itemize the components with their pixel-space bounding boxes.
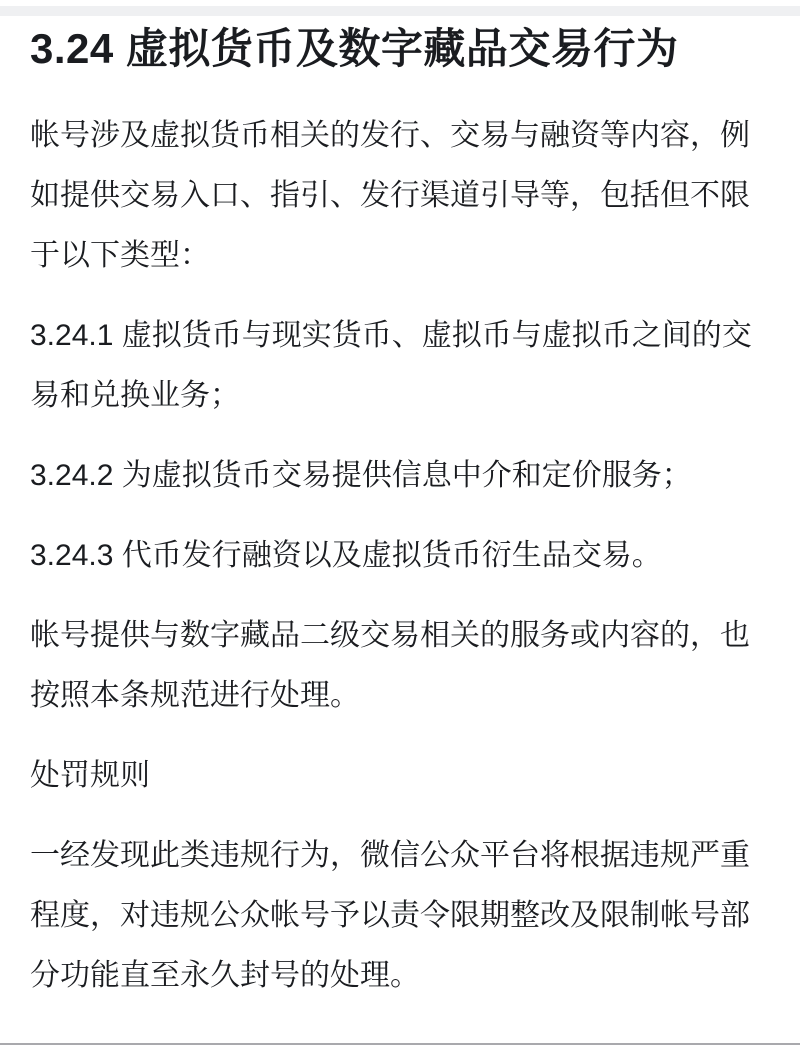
- paragraph: 3.24.3 代币发行融资以及虚拟货币衍生品交易。: [30, 526, 770, 586]
- paragraph: 帐号提供与数字藏品二级交易相关的服务或内容的，也 按照本条规范进行处理。: [30, 606, 770, 726]
- document-body: 3.24 虚拟货币及数字藏品交易行为 帐号涉及虚拟货币相关的发行、交易与融资等内…: [0, 24, 800, 1006]
- paragraph: 处罚规则: [30, 746, 770, 806]
- paragraph: 3.24.1 虚拟货币与现实货币、虚拟币与虚拟币之间的交 易和兑换业务；: [30, 306, 770, 426]
- section-title: 3.24 虚拟货币及数字藏品交易行为: [30, 24, 770, 74]
- paragraphs-container: 帐号涉及虚拟货币相关的发行、交易与融资等内容，例 如提供交易入口、指引、发行渠道…: [30, 106, 770, 1006]
- document-page: { "document": { "title": "3.24 虚拟货币及数字藏品…: [0, 0, 800, 1048]
- bottom-separator-line: [0, 1043, 800, 1045]
- paragraph: 一经发现此类违规行为，微信公众平台将根据违规严重 程度，对违规公众帐号予以责令限…: [30, 826, 770, 1006]
- top-separator-band: [0, 6, 800, 16]
- paragraph: 帐号涉及虚拟货币相关的发行、交易与融资等内容，例 如提供交易入口、指引、发行渠道…: [30, 106, 770, 286]
- paragraph: 3.24.2 为虚拟货币交易提供信息中介和定价服务；: [30, 446, 770, 506]
